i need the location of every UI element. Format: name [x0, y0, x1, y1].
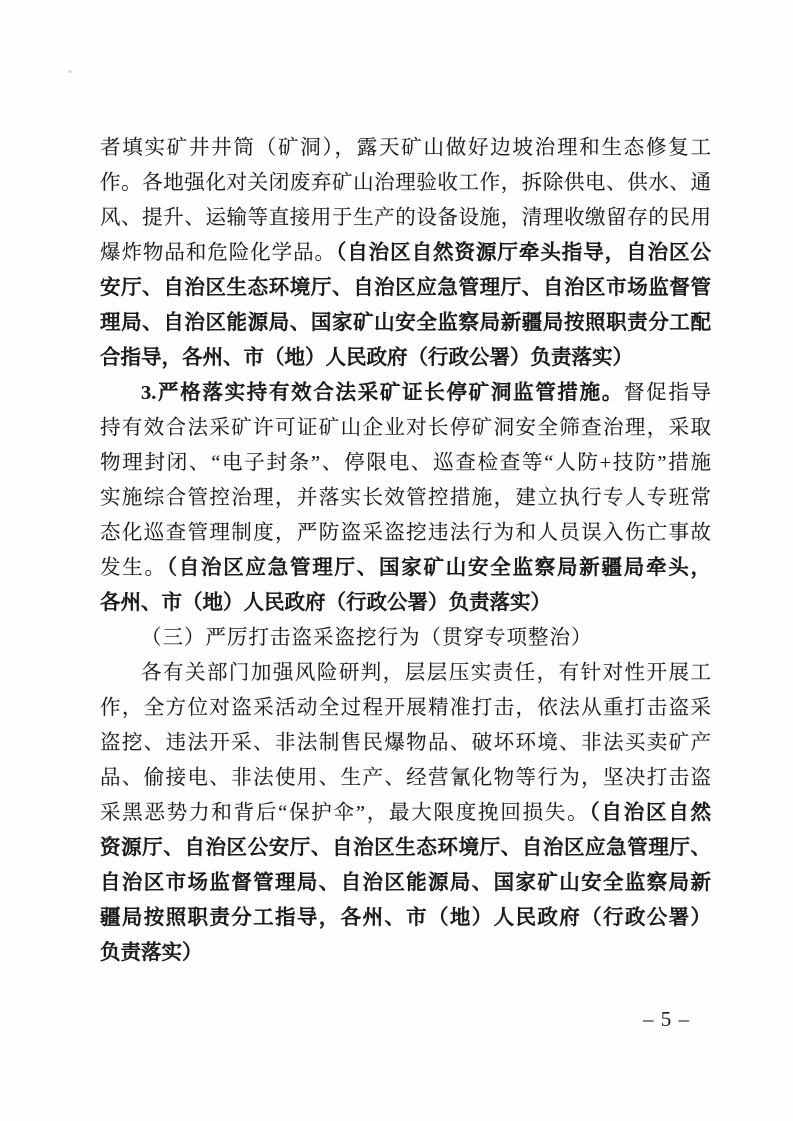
text-line: 采黑恶势力和背后“保护伞”，最大限度挽回损失。（自治区自然	[100, 796, 711, 831]
text-line: 各有关部门加强风险研判，层层压实责任，有针对性开展工	[100, 656, 711, 691]
text-segment: 实施综合管控治理，并落实长效管控措施，建立执行专人专班常	[100, 487, 711, 509]
text-segment: 督促指导	[624, 382, 711, 404]
text-segment-bold: 疆局按照职责分工指导，各州、市（地）人民政府（行政公署）	[100, 907, 711, 929]
text-segment: 作。各地强化对关闭废弃矿山治理验收工作，拆除供电、供水、通	[100, 172, 711, 194]
text-line: 自治区市场监督管理局、自治区能源局、国家矿山安全监察局新	[100, 866, 711, 901]
text-line: 合指导，各州、市（地）人民政府（行政公署）负责落实）	[100, 341, 711, 376]
text-segment-bold: （自治区应急管理厅、国家矿山安全监察局新疆局牵头，	[167, 557, 711, 579]
text-segment: 风、提升、运输等直接用于生产的设备设施，清理收缴留存的民用	[100, 207, 711, 229]
text-line: 者填实矿井井筒（矿洞），露天矿山做好边坡治理和生态修复工	[100, 131, 711, 166]
text-segment: 态化巡查管理制度，严防盗采盗挖违法行为和人员误入伤亡事故	[100, 522, 711, 544]
document-body: 者填实矿井井筒（矿洞），露天矿山做好边坡治理和生态修复工作。各地强化对关闭废弃矿…	[100, 131, 711, 971]
text-segment: 盗挖、违法开采、非法制售民爆物品、破坏环境、非法买卖矿产	[100, 732, 711, 754]
text-line: 爆炸物品和危险化学品。（自治区自然资源厅牵头指导，自治区公	[100, 236, 711, 271]
text-segment: 采黑恶势力和背后“保护伞”，最大限度挽回损失。	[100, 802, 589, 824]
text-segment: 者填实矿井井筒（矿洞），露天矿山做好边坡治理和生态修复工	[100, 137, 711, 159]
text-segment: 作，全方位对盗采活动全过程开展精准打击，依法从重打击盗采	[100, 697, 711, 719]
text-line: 各州、市（地）人民政府（行政公署）负责落实）	[100, 586, 711, 621]
text-line: 风、提升、运输等直接用于生产的设备设施，清理收缴留存的民用	[100, 201, 711, 236]
text-segment-bold: 自治区市场监督管理局、自治区能源局、国家矿山安全监察局新	[100, 872, 711, 894]
text-line: 负责落实）	[100, 936, 711, 971]
text-segment: （三）严厉打击盗采盗挖行为（贯穿专项整治）	[141, 627, 593, 649]
text-line: 盗挖、违法开采、非法制售民爆物品、破坏环境、非法买卖矿产	[100, 726, 711, 761]
document-page: 者填实矿井井筒（矿洞），露天矿山做好边坡治理和生态修复工作。各地强化对关闭废弃矿…	[0, 0, 793, 1121]
text-segment-bold: 合指导，各州、市（地）人民政府（行政公署）负责落实）	[100, 347, 633, 369]
text-line: 作。各地强化对关闭废弃矿山治理验收工作，拆除供电、供水、通	[100, 166, 711, 201]
text-segment-bold: 理局、自治区能源局、国家矿山安全监察局新疆局按照职责分工配	[100, 312, 711, 334]
text-segment: 爆炸物品和危险化学品。	[100, 242, 336, 264]
text-segment: 各有关部门加强风险研判，层层压实责任，有针对性开展工	[141, 662, 711, 684]
text-segment-bold: （自治区自然	[589, 802, 711, 824]
text-line: 发生。（自治区应急管理厅、国家矿山安全监察局新疆局牵头，	[100, 551, 711, 586]
text-segment-bold: 安厅、自治区生态环境厅、自治区应急管理厅、自治区市场监督管	[100, 277, 711, 299]
text-line: 作，全方位对盗采活动全过程开展精准打击，依法从重打击盗采	[100, 691, 711, 726]
text-line: 物理封闭、“电子封条”、停限电、巡查检查等“人防+技防”措施	[100, 446, 711, 481]
page-number: – 5 –	[643, 1006, 690, 1032]
text-line: 实施综合管控治理，并落实长效管控措施，建立执行专人专班常	[100, 481, 711, 516]
text-segment-bold: 3.严格落实持有效合法采矿证长停矿洞监管措施。	[141, 382, 624, 404]
text-line: 理局、自治区能源局、国家矿山安全监察局新疆局按照职责分工配	[100, 306, 711, 341]
text-line: 安厅、自治区生态环境厅、自治区应急管理厅、自治区市场监督管	[100, 271, 711, 306]
text-line: （三）严厉打击盗采盗挖行为（贯穿专项整治）	[100, 621, 711, 656]
text-line: 3.严格落实持有效合法采矿证长停矿洞监管措施。督促指导	[100, 376, 711, 411]
text-segment: 发生。	[100, 557, 167, 579]
text-line: 持有效合法采矿许可证矿山企业对长停矿洞安全筛查治理，采取	[100, 411, 711, 446]
scan-artifact	[68, 70, 72, 73]
text-segment-bold: 各州、市（地）人民政府（行政公署）负责落实）	[100, 592, 551, 614]
text-segment: 物理封闭、“电子封条”、停限电、巡查检查等“人防+技防”措施	[100, 452, 711, 474]
text-line: 态化巡查管理制度，严防盗采盗挖违法行为和人员误入伤亡事故	[100, 516, 711, 551]
text-segment-bold: 负责落实）	[100, 942, 203, 964]
text-segment-bold: （自治区自然资源厅牵头指导，自治区公	[336, 242, 711, 264]
text-segment: 品、偷接电、非法使用、生产、经营氰化物等行为，坚决打击盗	[100, 767, 711, 789]
text-segment: 持有效合法采矿许可证矿山企业对长停矿洞安全筛查治理，采取	[100, 417, 711, 439]
text-line: 资源厅、自治区公安厅、自治区生态环境厅、自治区应急管理厅、	[100, 831, 711, 866]
text-line: 品、偷接电、非法使用、生产、经营氰化物等行为，坚决打击盗	[100, 761, 711, 796]
text-line: 疆局按照职责分工指导，各州、市（地）人民政府（行政公署）	[100, 901, 711, 936]
text-segment-bold: 资源厅、自治区公安厅、自治区生态环境厅、自治区应急管理厅、	[100, 837, 711, 859]
